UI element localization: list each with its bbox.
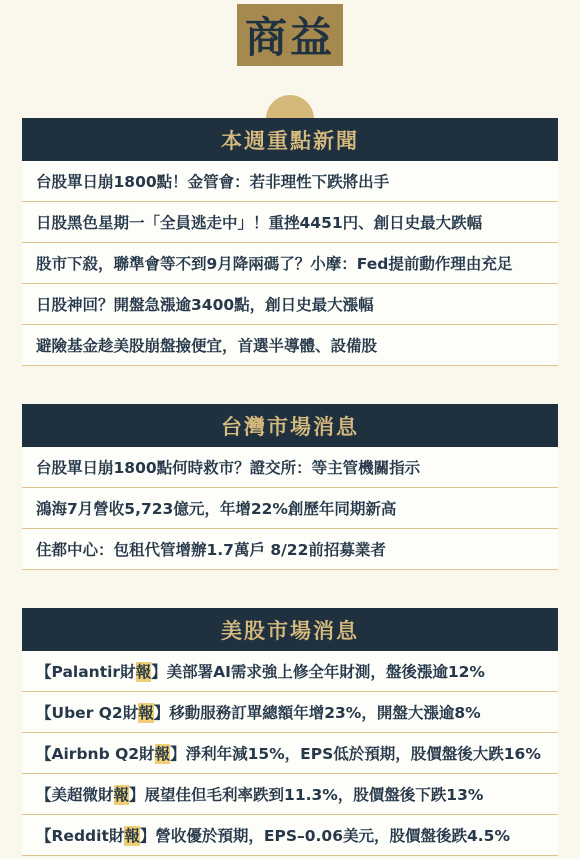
news-item-text: 鴻海7月營收5,723億元，年增22%創歷年同期新高 bbox=[36, 497, 396, 519]
news-item-text-pre: 【Palantir財 bbox=[36, 663, 136, 681]
section-weekly-news: 本週重點新聞 台股單日崩1800點！金管會：若非理性下跌將出手 日股黑色星期一「… bbox=[22, 118, 558, 366]
news-item-text: 【Reddit財報】營收優於預期，EPS–0.06美元，股價盤後跌4.5% bbox=[36, 824, 510, 846]
news-item[interactable]: 避險基金趁美股崩盤撿便宜，首選半導體、設備股 bbox=[22, 325, 558, 366]
news-item-text-post: 】淨利年減15%，EPS低於預期，股價盤後大跌16% bbox=[170, 745, 541, 763]
search-highlight: 報 bbox=[138, 703, 154, 723]
news-item[interactable]: 日股神回？開盤急漲逾3400點，創日史最大漲幅 bbox=[22, 284, 558, 325]
news-item[interactable]: 台股單日崩1800點何時救市？證交所：等主管機關指示 bbox=[22, 447, 558, 488]
us-market-list: 【Palantir財報】美部署AI需求強上修全年財測，盤後漲逾12% 【Uber… bbox=[22, 651, 558, 856]
section-taiwan-market-title: 台灣市場消息 bbox=[22, 404, 558, 447]
news-item-text-pre: 【Reddit財 bbox=[36, 827, 124, 845]
section-weekly-news-title: 本週重點新聞 bbox=[22, 118, 558, 161]
news-item-text-post: 】展望佳但毛利率跌到11.3%，股價盤後下跌13% bbox=[129, 786, 483, 804]
weekly-news-list: 台股單日崩1800點！金管會：若非理性下跌將出手 日股黑色星期一「全員逃走中」！… bbox=[22, 161, 558, 366]
news-item-text-pre: 【美超微財 bbox=[36, 786, 114, 804]
search-highlight: 報 bbox=[114, 785, 130, 805]
news-item[interactable]: 住都中心：包租代管增辦1.7萬戶 8/22前招募業者 bbox=[22, 529, 558, 570]
section-us-market: 美股市場消息 【Palantir財報】美部署AI需求強上修全年財測，盤後漲逾12… bbox=[22, 608, 558, 856]
newsletter-page: 商益 本週重點新聞 台股單日崩1800點！金管會：若非理性下跌將出手 日股黑色星… bbox=[0, 4, 580, 856]
news-item-text: 日股黑色星期一「全員逃走中」！重挫4451円、創日史最大跌幅 bbox=[36, 211, 482, 233]
news-item-text: 台股單日崩1800點何時救市？證交所：等主管機關指示 bbox=[36, 456, 420, 478]
news-item[interactable]: 日股黑色星期一「全員逃走中」！重挫4451円、創日史最大跌幅 bbox=[22, 202, 558, 243]
news-item[interactable]: 【Palantir財報】美部署AI需求強上修全年財測，盤後漲逾12% bbox=[22, 651, 558, 692]
section-taiwan-market: 台灣市場消息 台股單日崩1800點何時救市？證交所：等主管機關指示 鴻海7月營收… bbox=[22, 404, 558, 570]
news-item-text-post: 】移動服務訂單總額年增23%，開盤大漲逾8% bbox=[154, 704, 481, 722]
news-item-text: 住都中心：包租代管增辦1.7萬戶 8/22前招募業者 bbox=[36, 538, 386, 560]
news-item-text: 避險基金趁美股崩盤撿便宜，首選半導體、設備股 bbox=[36, 334, 377, 356]
news-item-text: 【美超微財報】展望佳但毛利率跌到11.3%，股價盤後下跌13% bbox=[36, 783, 483, 805]
news-item-text-post: 】營收優於預期，EPS–0.06美元，股價盤後跌4.5% bbox=[140, 827, 510, 845]
news-item[interactable]: 【Reddit財報】營收優於預期，EPS–0.06美元，股價盤後跌4.5% bbox=[22, 815, 558, 856]
news-item-text: 股市下殺，聯準會等不到9月降兩碼了？小摩：Fed提前動作理由充足 bbox=[36, 252, 512, 274]
news-item-text: 台股單日崩1800點！金管會：若非理性下跌將出手 bbox=[36, 170, 389, 192]
news-item[interactable]: 股市下殺，聯準會等不到9月降兩碼了？小摩：Fed提前動作理由充足 bbox=[22, 243, 558, 284]
news-item[interactable]: 【美超微財報】展望佳但毛利率跌到11.3%，股價盤後下跌13% bbox=[22, 774, 558, 815]
news-item-text: 日股神回？開盤急漲逾3400點，創日史最大漲幅 bbox=[36, 293, 374, 315]
news-item-text: 【Airbnb Q2財報】淨利年減15%，EPS低於預期，股價盤後大跌16% bbox=[36, 742, 541, 764]
search-highlight: 報 bbox=[155, 744, 171, 764]
news-item[interactable]: 【Airbnb Q2財報】淨利年減15%，EPS低於預期，股價盤後大跌16% bbox=[22, 733, 558, 774]
taiwan-market-list: 台股單日崩1800點何時救市？證交所：等主管機關指示 鴻海7月營收5,723億元… bbox=[22, 447, 558, 570]
search-highlight: 報 bbox=[136, 662, 152, 682]
news-item[interactable]: 鴻海7月營收5,723億元，年增22%創歷年同期新高 bbox=[22, 488, 558, 529]
news-item[interactable]: 【Uber Q2財報】移動服務訂單總額年增23%，開盤大漲逾8% bbox=[22, 692, 558, 733]
search-highlight: 報 bbox=[124, 826, 140, 846]
news-item-text: 【Uber Q2財報】移動服務訂單總額年增23%，開盤大漲逾8% bbox=[36, 701, 481, 723]
news-item-text: 【Palantir財報】美部署AI需求強上修全年財測，盤後漲逾12% bbox=[36, 660, 485, 682]
news-item-text-pre: 【Airbnb Q2財 bbox=[36, 745, 155, 763]
news-item-text-post: 】美部署AI需求強上修全年財測，盤後漲逾12% bbox=[151, 663, 485, 681]
news-item-text-pre: 【Uber Q2財 bbox=[36, 704, 138, 722]
news-item[interactable]: 台股單日崩1800點！金管會：若非理性下跌將出手 bbox=[22, 161, 558, 202]
section-us-market-title: 美股市場消息 bbox=[22, 608, 558, 651]
brand-logo[interactable]: 商益 bbox=[237, 4, 343, 66]
